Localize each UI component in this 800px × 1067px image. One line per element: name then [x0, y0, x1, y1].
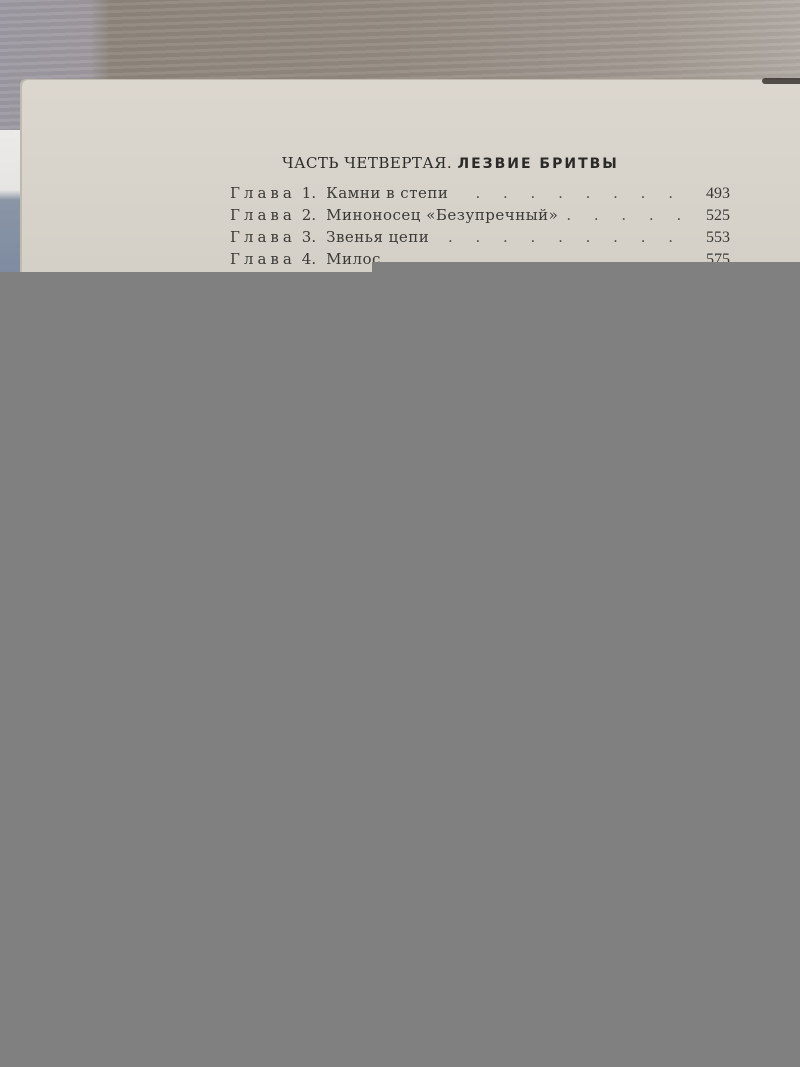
chapter-label: Глава	[230, 184, 296, 202]
chapter-label: Глава	[230, 228, 296, 246]
page-number: 553	[690, 229, 730, 247]
chapter-number: 1.	[302, 184, 316, 202]
toc-entry: Глава 3. Звенья цепи . . . . . . . . . 5…	[230, 228, 730, 250]
part-heading: ЧАСТЬ ЧЕТВЕРТАЯ. ЛЕЗВИЕ БРИТВЫ	[282, 154, 702, 172]
page-number: 525	[690, 207, 730, 225]
toc-entry: Глава 2. Миноносец «Безупречный» . . . .…	[230, 206, 730, 228]
chapter-title: Камни в степи	[326, 184, 448, 202]
background-object-edge	[0, 130, 22, 280]
chapter-number: 2.	[302, 206, 316, 224]
chapter-title: Миноносец «Безупречный»	[326, 206, 558, 224]
page-number: 493	[690, 185, 730, 203]
chapter-number: 3.	[302, 228, 316, 246]
dot-leader: . . . . .	[566, 206, 682, 224]
part-name: ЛЕЗВИЕ БРИТВЫ	[457, 156, 618, 172]
chapter-number: 4.	[302, 250, 316, 268]
dot-leader: . . . . . . . .	[456, 184, 682, 202]
dot-leader: . . . . . . . . .	[437, 228, 682, 246]
chapter-label: Глава	[230, 250, 296, 268]
part-number: ЧАСТЬ ЧЕТВЕРТАЯ.	[282, 154, 452, 172]
gray-occlusion-block	[0, 272, 800, 1067]
chapter-title: Звенья цепи	[326, 228, 429, 246]
chapter-label: Глава	[230, 206, 296, 224]
toc-entry: Глава 1. Камни в степи . . . . . . . . 4…	[230, 184, 730, 206]
table-of-contents: Глава 1. Камни в степи . . . . . . . . 4…	[230, 184, 730, 272]
